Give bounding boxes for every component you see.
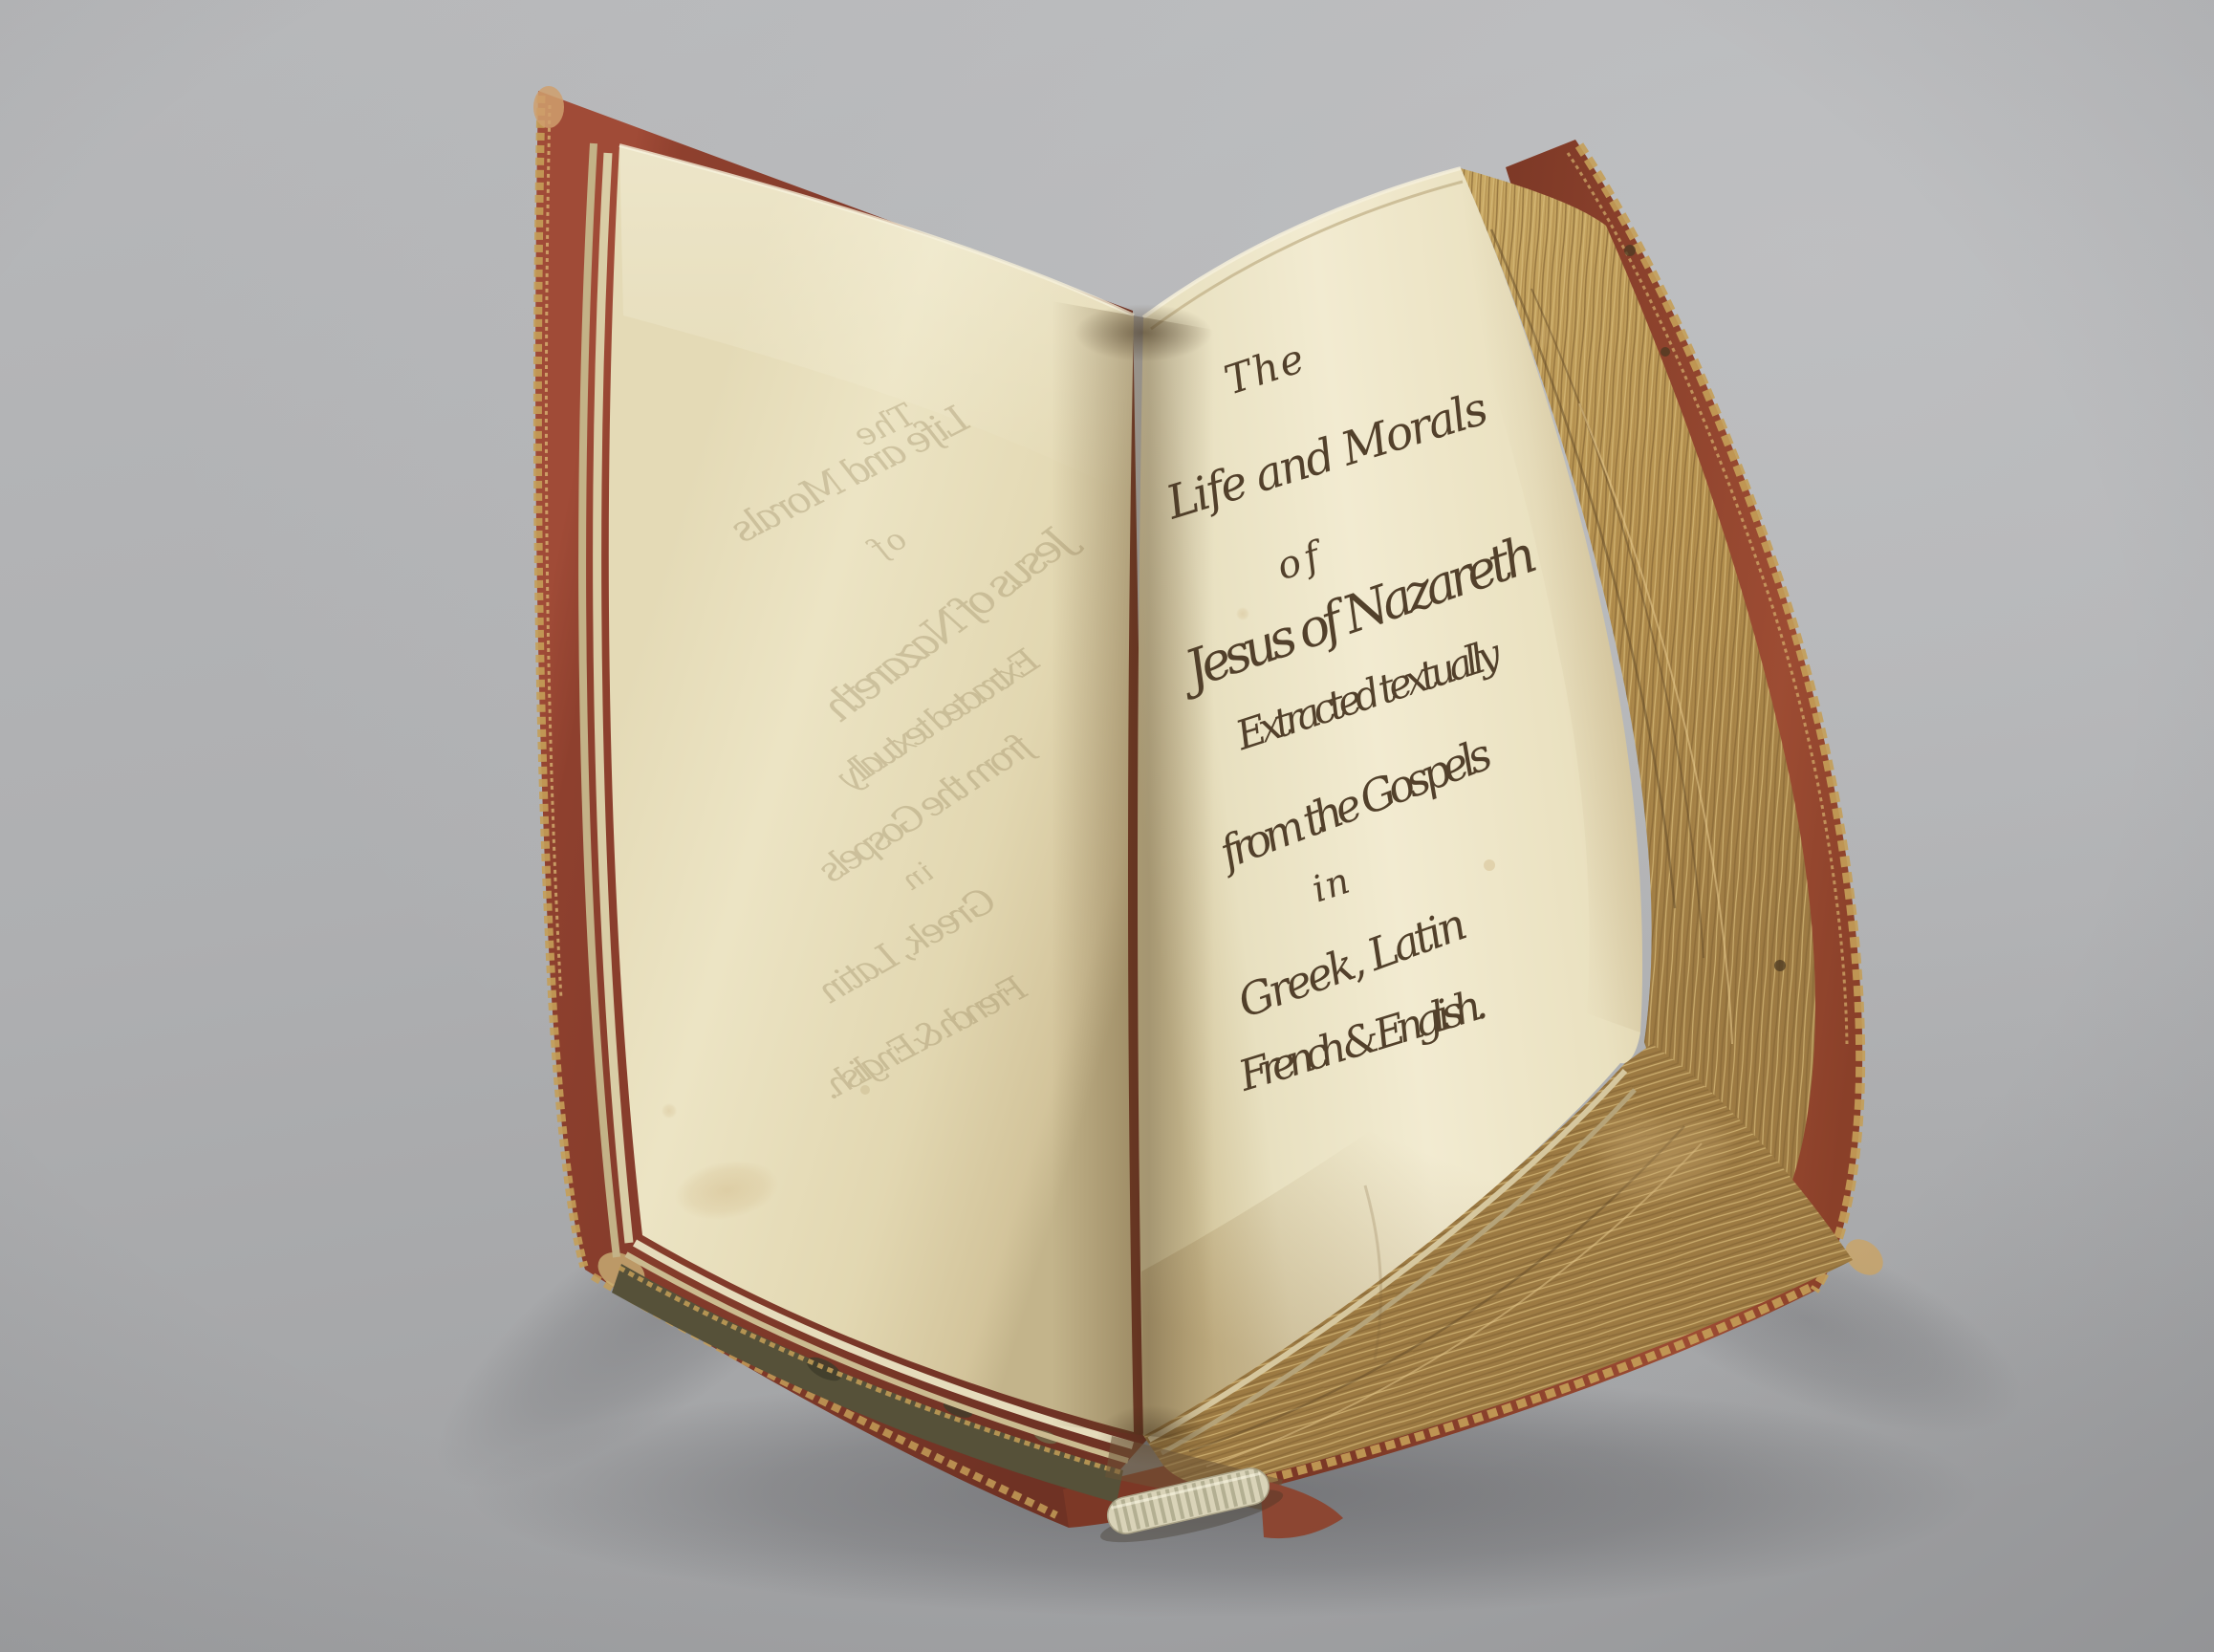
photo-stage: The Life and Morals of Jesus of Nazareth…	[0, 0, 2214, 1652]
photo-vignette	[0, 0, 2214, 1652]
book-photograph: The Life and Morals of Jesus of Nazareth…	[0, 0, 2214, 1652]
